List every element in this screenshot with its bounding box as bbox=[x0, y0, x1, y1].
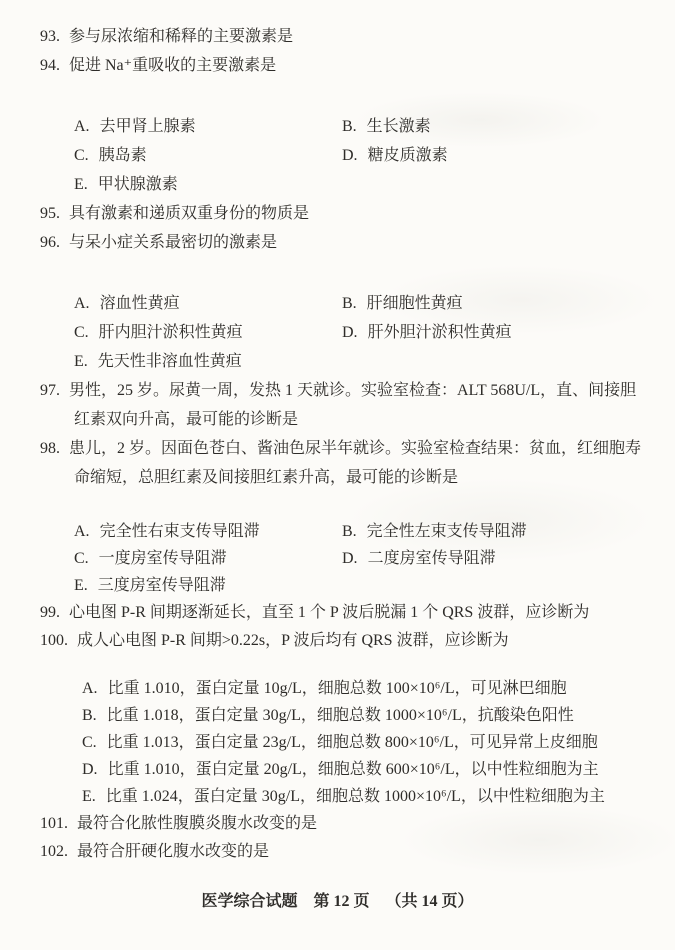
option-label: E. bbox=[74, 176, 88, 193]
question-98: 98.患儿，2 岁。因面色苍白、酱油色尿半年就诊。实验室检查结果：贫血，红细胞寿… bbox=[40, 434, 645, 492]
question-number: 95. bbox=[40, 205, 60, 222]
question-text: 促进 Na⁺重吸收的主要激素是 bbox=[69, 57, 276, 74]
option-label: A. bbox=[74, 523, 90, 540]
option-label: A. bbox=[74, 118, 90, 135]
question-text: 与呆小症关系最密切的激素是 bbox=[69, 234, 277, 251]
option-b: B.完全性左束支传导阻滞 bbox=[308, 518, 527, 545]
option-c: C.一度房室传导阻滞 bbox=[40, 545, 308, 572]
question-102: 102.最符合肝硬化腹水改变的是 bbox=[40, 838, 645, 866]
option-row: C.肝内胆汁淤积性黄疸 D.肝外胆汁淤积性黄疸 bbox=[40, 318, 645, 347]
option-b: B.肝细胞性黄疸 bbox=[308, 289, 463, 318]
option-e: E.三度房室传导阻滞 bbox=[40, 572, 226, 599]
options-group-ascites: A.比重 1.010，蛋白定量 10g/L，细胞总数 100×10⁶/L，可见淋… bbox=[40, 675, 645, 810]
option-label: E. bbox=[74, 353, 88, 370]
option-text: 甲状腺激素 bbox=[98, 176, 178, 193]
question-number: 102. bbox=[40, 843, 68, 860]
option-label: D. bbox=[342, 324, 358, 341]
option-text: 二度房室传导阻滞 bbox=[368, 550, 496, 567]
option-row: A.去甲肾上腺素 B.生长激素 bbox=[40, 112, 645, 141]
option-row: A.溶血性黄疸 B.肝细胞性黄疸 bbox=[40, 289, 645, 318]
option-text: 完全性左束支传导阻滞 bbox=[367, 523, 527, 540]
options-group-hormones: A.去甲肾上腺素 B.生长激素 C.胰岛素 D.糖皮质激素 E.甲状腺激素 bbox=[40, 112, 645, 199]
question-number: 99. bbox=[40, 604, 60, 621]
question-95: 95.具有激素和递质双重身份的物质是 bbox=[40, 199, 645, 228]
option-d: D.比重 1.010，蛋白定量 20g/L，细胞总数 600×10⁶/L，以中性… bbox=[40, 756, 599, 783]
option-label: C. bbox=[82, 734, 97, 751]
option-row: E.比重 1.024，蛋白定量 30g/L，细胞总数 1000×10⁶/L，以中… bbox=[40, 783, 645, 810]
option-b: B.比重 1.018，蛋白定量 30g/L，细胞总数 1000×10⁶/L，抗酸… bbox=[40, 702, 574, 729]
option-label: B. bbox=[342, 118, 357, 135]
option-text: 比重 1.010，蛋白定量 10g/L，细胞总数 100×10⁶/L，可见淋巴细… bbox=[108, 680, 567, 697]
option-c: C.比重 1.013，蛋白定量 23g/L，细胞总数 800×10⁶/L，可见异… bbox=[40, 729, 598, 756]
option-d: D.糖皮质激素 bbox=[308, 141, 448, 170]
question-97: 97.男性，25 岁。尿黄一周，发热 1 天就诊。实验室检查：ALT 568U/… bbox=[40, 376, 645, 434]
option-row: A.比重 1.010，蛋白定量 10g/L，细胞总数 100×10⁶/L，可见淋… bbox=[40, 675, 645, 702]
question-number: 96. bbox=[40, 234, 60, 251]
question-text: 患儿，2 岁。因面色苍白、酱油色尿半年就诊。实验室检查结果：贫血，红细胞寿命缩短… bbox=[69, 440, 641, 486]
option-c: C.肝内胆汁淤积性黄疸 bbox=[40, 318, 308, 347]
option-label: D. bbox=[82, 761, 98, 778]
option-d: D.二度房室传导阻滞 bbox=[308, 545, 496, 572]
option-text: 溶血性黄疸 bbox=[100, 295, 180, 312]
option-e: E.甲状腺激素 bbox=[40, 170, 178, 199]
option-text: 三度房室传导阻滞 bbox=[98, 577, 226, 594]
option-text: 肝外胆汁淤积性黄疸 bbox=[368, 324, 512, 341]
option-row: D.比重 1.010，蛋白定量 20g/L，细胞总数 600×10⁶/L，以中性… bbox=[40, 756, 645, 783]
option-text: 去甲肾上腺素 bbox=[100, 118, 196, 135]
option-label: A. bbox=[74, 295, 90, 312]
page-number: 第 12 页 bbox=[313, 893, 369, 910]
options-group-conduction-block: A.完全性右束支传导阻滞 B.完全性左束支传导阻滞 C.一度房室传导阻滞 D.二… bbox=[40, 518, 645, 599]
option-text: 比重 1.010，蛋白定量 20g/L，细胞总数 600×10⁶/L，以中性粒细… bbox=[108, 761, 599, 778]
option-label: C. bbox=[74, 147, 89, 164]
question-number: 93. bbox=[40, 28, 60, 45]
question-text: 具有激素和递质双重身份的物质是 bbox=[69, 205, 309, 222]
option-a: A.完全性右束支传导阻滞 bbox=[40, 518, 308, 545]
option-label: E. bbox=[74, 577, 88, 594]
question-text: 参与尿浓缩和稀释的主要激素是 bbox=[69, 28, 293, 45]
option-row: C.一度房室传导阻滞 D.二度房室传导阻滞 bbox=[40, 545, 645, 572]
question-number: 101. bbox=[40, 815, 68, 832]
option-text: 比重 1.024，蛋白定量 30g/L，细胞总数 1000×10⁶/L，以中性粒… bbox=[106, 788, 605, 805]
option-text: 糖皮质激素 bbox=[368, 147, 448, 164]
question-93: 93.参与尿浓缩和稀释的主要激素是 bbox=[40, 22, 645, 51]
option-a: A.去甲肾上腺素 bbox=[40, 112, 308, 141]
option-e: E.比重 1.024，蛋白定量 30g/L，细胞总数 1000×10⁶/L，以中… bbox=[40, 783, 605, 810]
page-footer: 医学综合试题 第 12 页 （共 14 页） bbox=[0, 888, 675, 911]
option-row: E.甲状腺激素 bbox=[40, 170, 645, 199]
option-row: B.比重 1.018，蛋白定量 30g/L，细胞总数 1000×10⁶/L，抗酸… bbox=[40, 702, 645, 729]
question-99: 99.心电图 P-R 间期逐渐延长，直至 1 个 P 波后脱漏 1 个 QRS … bbox=[40, 599, 645, 627]
option-a: A.溶血性黄疸 bbox=[40, 289, 308, 318]
question-number: 94. bbox=[40, 57, 60, 74]
option-label: D. bbox=[342, 550, 358, 567]
question-96: 96.与呆小症关系最密切的激素是 bbox=[40, 228, 645, 257]
question-number: 97. bbox=[40, 382, 60, 399]
option-text: 肝内胆汁淤积性黄疸 bbox=[99, 324, 243, 341]
option-label: C. bbox=[74, 550, 89, 567]
option-b: B.生长激素 bbox=[308, 112, 431, 141]
option-text: 胰岛素 bbox=[99, 147, 147, 164]
option-label: E. bbox=[82, 788, 96, 805]
option-text: 一度房室传导阻滞 bbox=[99, 550, 227, 567]
question-text: 男性，25 岁。尿黄一周，发热 1 天就诊。实验室检查：ALT 568U/L，直… bbox=[69, 382, 636, 428]
question-text: 最符合肝硬化腹水改变的是 bbox=[77, 843, 269, 860]
option-row: C.比重 1.013，蛋白定量 23g/L，细胞总数 800×10⁶/L，可见异… bbox=[40, 729, 645, 756]
option-text: 生长激素 bbox=[367, 118, 431, 135]
question-text: 最符合化脓性腹膜炎腹水改变的是 bbox=[77, 815, 317, 832]
question-number: 98. bbox=[40, 440, 60, 457]
option-label: B. bbox=[342, 295, 357, 312]
option-text: 完全性右束支传导阻滞 bbox=[100, 523, 260, 540]
option-c: C.胰岛素 bbox=[40, 141, 308, 170]
question-number: 100. bbox=[40, 632, 68, 649]
option-text: 先天性非溶血性黄疸 bbox=[98, 353, 242, 370]
option-label: B. bbox=[342, 523, 357, 540]
question-text: 成人心电图 P-R 间期>0.22s，P 波后均有 QRS 波群，应诊断为 bbox=[77, 632, 509, 649]
exam-page: 93.参与尿浓缩和稀释的主要激素是 94.促进 Na⁺重吸收的主要激素是 A.去… bbox=[0, 0, 675, 866]
question-101: 101.最符合化脓性腹膜炎腹水改变的是 bbox=[40, 810, 645, 838]
option-label: D. bbox=[342, 147, 358, 164]
option-row: E.先天性非溶血性黄疸 bbox=[40, 347, 645, 376]
question-100: 100.成人心电图 P-R 间期>0.22s，P 波后均有 QRS 波群，应诊断… bbox=[40, 627, 645, 655]
exam-title: 医学综合试题 bbox=[201, 893, 297, 910]
option-a: A.比重 1.010，蛋白定量 10g/L，细胞总数 100×10⁶/L，可见淋… bbox=[40, 675, 567, 702]
options-group-jaundice: A.溶血性黄疸 B.肝细胞性黄疸 C.肝内胆汁淤积性黄疸 D.肝外胆汁淤积性黄疸… bbox=[40, 289, 645, 376]
option-e: E.先天性非溶血性黄疸 bbox=[40, 347, 242, 376]
option-text: 比重 1.018，蛋白定量 30g/L，细胞总数 1000×10⁶/L，抗酸染色… bbox=[107, 707, 574, 724]
total-pages: （共 14 页） bbox=[386, 893, 474, 910]
option-label: B. bbox=[82, 707, 97, 724]
option-d: D.肝外胆汁淤积性黄疸 bbox=[308, 318, 512, 347]
option-text: 比重 1.013，蛋白定量 23g/L，细胞总数 800×10⁶/L，可见异常上… bbox=[107, 734, 598, 751]
option-row: C.胰岛素 D.糖皮质激素 bbox=[40, 141, 645, 170]
option-row: A.完全性右束支传导阻滞 B.完全性左束支传导阻滞 bbox=[40, 518, 645, 545]
option-text: 肝细胞性黄疸 bbox=[367, 295, 463, 312]
question-text: 心电图 P-R 间期逐渐延长，直至 1 个 P 波后脱漏 1 个 QRS 波群，… bbox=[69, 604, 589, 621]
option-label: A. bbox=[82, 680, 98, 697]
question-94: 94.促进 Na⁺重吸收的主要激素是 bbox=[40, 51, 645, 80]
option-label: C. bbox=[74, 324, 89, 341]
option-row: E.三度房室传导阻滞 bbox=[40, 572, 645, 599]
